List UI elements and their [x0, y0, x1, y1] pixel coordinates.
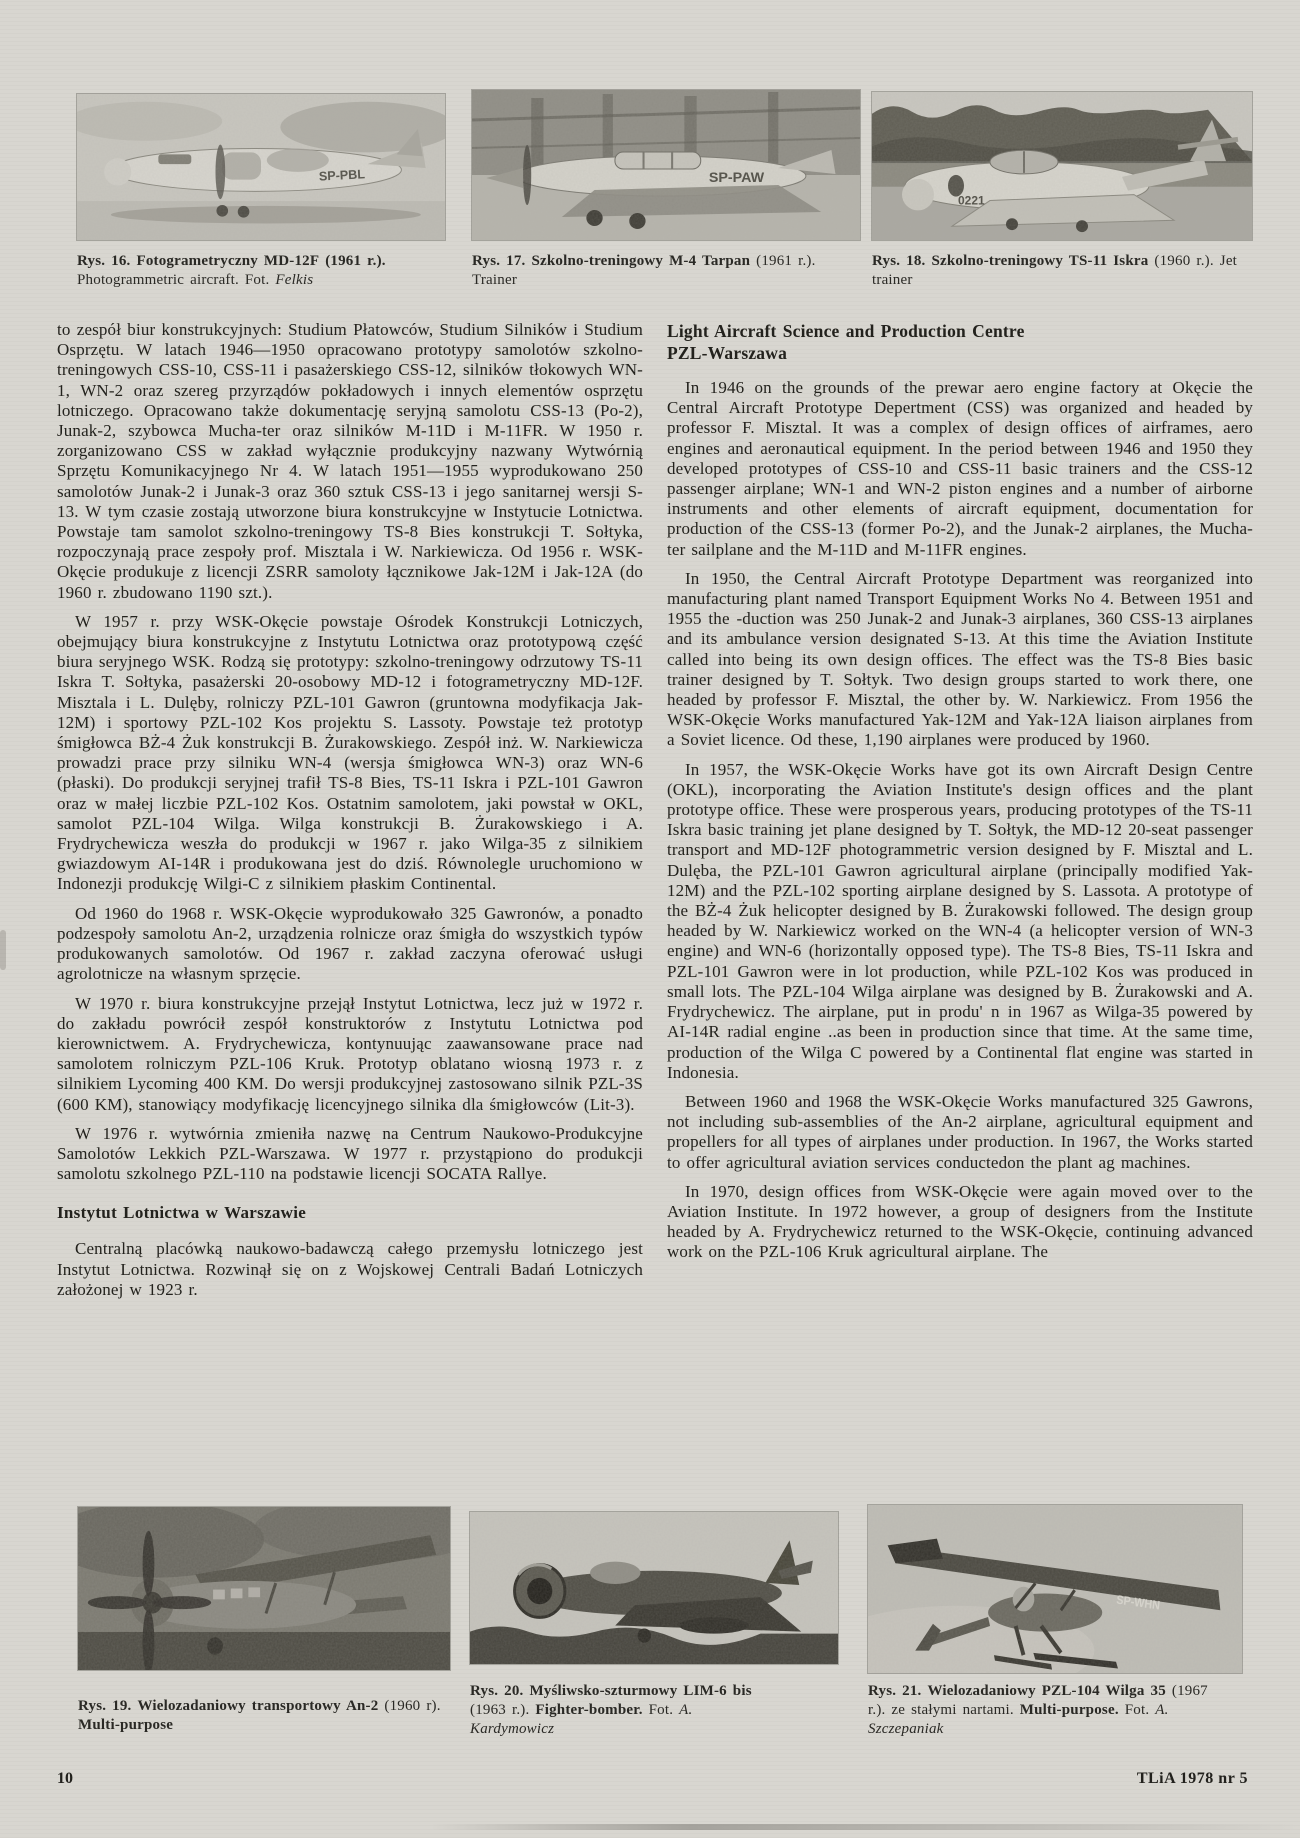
- figure-21-photo: SP-WHN: [868, 1505, 1242, 1673]
- left-text-column: to zespół biur konstrukcyjnych: Studium …: [57, 320, 643, 1309]
- figure-16-label: Rys. 16.: [77, 253, 131, 269]
- left-paragraph-1: to zespół biur konstrukcyjnych: Studium …: [57, 320, 643, 603]
- figure-21-title-en: Multi-purpose.: [1020, 1702, 1119, 1718]
- figure-16-photo: SP-PBL: [77, 94, 445, 240]
- left-paragraph-4: W 1970 r. biura konstrukcyjne przejął In…: [57, 994, 643, 1115]
- right-paragraph-1: In 1946 on the grounds of the prewar aer…: [667, 378, 1253, 560]
- figure-19-title-en: Multi-purpose: [78, 1717, 173, 1733]
- figure-17-title-pl: Szkolno-treningowy M-4 Tarpan: [531, 253, 750, 269]
- right-heading-line-1: Light Aircraft Science and Production Ce…: [667, 320, 1253, 342]
- ts11-iskra-aircraft-illustration: 0221: [872, 92, 1252, 240]
- right-paragraph-3: In 1957, the WSK-Okęcie Works have got i…: [667, 760, 1253, 1083]
- figure-20-title-pl: Myśliwsko-szturmowy LIM-6 bis: [529, 1683, 751, 1699]
- figure-19-label: Rys. 19.: [78, 1698, 132, 1714]
- figure-19-caption: Rys. 19. Wielozadaniowy transportowy An-…: [78, 1697, 460, 1735]
- figure-21-caption: Rys. 21. Wielozadaniowy PZL-104 Wilga 35…: [868, 1682, 1213, 1739]
- figure-16-title-en: Photogrammetric aircraft.: [77, 272, 239, 288]
- m4-tarpan-aircraft-illustration: SP-PAW: [472, 90, 860, 240]
- left-paragraph-3: Od 1960 do 1968 r. WSK-Okęcie wyprodukow…: [57, 904, 643, 985]
- figure-18-caption: Rys. 18. Szkolno-treningowy TS-11 Iskra …: [872, 252, 1252, 290]
- figure-17-year: (1961 r.).: [756, 253, 815, 269]
- right-section-heading: Light Aircraft Science and Production Ce…: [667, 320, 1253, 364]
- figure-17-label: Rys. 17.: [472, 253, 526, 269]
- figure-17-caption: Rys. 17. Szkolno-treningowy M-4 Tarpan (…: [472, 252, 832, 290]
- scan-artifact-edge-smudge: [0, 930, 6, 970]
- left-paragraph-5: W 1976 r. wytwórnia zmieniła nazwę na Ce…: [57, 1124, 643, 1185]
- figure-16-caption: Rys. 16. Fotogrametryczny MD-12F (1961 r…: [77, 252, 459, 290]
- figure-21-credit-label: Fot.: [1125, 1702, 1150, 1718]
- md12f-aircraft-illustration: SP-PBL: [77, 94, 445, 240]
- figure-16-year: (1961 r.).: [325, 253, 386, 269]
- figure-19-year: (1960 r).: [384, 1698, 440, 1714]
- figure-19-title-pl: Wielozadaniowy transportowy An-2: [137, 1698, 378, 1714]
- an2-aircraft-illustration: [78, 1507, 450, 1670]
- figure-19-photo: [78, 1507, 450, 1670]
- right-paragraph-5: In 1970, design offices from WSK-Okęcie …: [667, 1182, 1253, 1263]
- figure-20-credit-label: Fot.: [649, 1702, 674, 1718]
- figure-20-year: (1963 r.).: [470, 1702, 529, 1718]
- left-closing-paragraph: Centralną placówką naukowo-badawczą całe…: [57, 1239, 643, 1300]
- right-paragraph-2: In 1950, the Central Aircraft Prototype …: [667, 569, 1253, 751]
- figure-21-extra: ze stałymi nartami.: [891, 1702, 1013, 1718]
- figure-18-title-pl: Szkolno-treningowy TS-11 Iskra: [931, 253, 1148, 269]
- figure-16-title-pl: Fotogrametryczny MD-12F: [136, 253, 319, 269]
- page-number: 10: [57, 1770, 73, 1788]
- left-section-heading: Instytut Lotnictwa w Warszawie: [57, 1202, 643, 1224]
- magazine-page: { "header_figures": [ { "label": "Rys. 1…: [0, 0, 1300, 1838]
- figure-18-year: (1960 r.).: [1154, 253, 1213, 269]
- figure-18-photo: 0221: [872, 92, 1252, 240]
- right-heading-line-2: PZL-Warszawa: [667, 342, 1253, 364]
- scan-artifact-streak: [430, 1824, 1300, 1830]
- figure-20-label: Rys. 20.: [470, 1683, 524, 1699]
- right-text-column: Light Aircraft Science and Production Ce…: [667, 320, 1253, 1272]
- figure-20-photo: [470, 1512, 838, 1664]
- right-paragraph-4: Between 1960 and 1968 the WSK-Okęcie Wor…: [667, 1092, 1253, 1173]
- figure-21-title-pl: Wielozadaniowy PZL-104 Wilga 35: [927, 1683, 1165, 1699]
- figure-20-title-en: Fighter-bomber.: [535, 1702, 642, 1718]
- figure-16-credit: Felkis: [275, 272, 313, 288]
- figure-17-title-en: Trainer: [472, 272, 517, 288]
- left-paragraph-2: W 1957 r. przy WSK-Okęcie powstaje Ośrod…: [57, 612, 643, 895]
- figure-18-label: Rys. 18.: [872, 253, 926, 269]
- figure-21-label: Rys. 21.: [868, 1683, 922, 1699]
- journal-issue-reference: TLiA 1978 nr 5: [1137, 1770, 1248, 1788]
- figure-16-credit-label: Fot.: [245, 272, 270, 288]
- figure-20-caption: Rys. 20. Myśliwsko-szturmowy LIM-6 bis (…: [470, 1682, 780, 1739]
- figure-17-photo: SP-PAW: [472, 90, 860, 240]
- pzl104-wilga-aircraft-illustration: SP-WHN: [868, 1505, 1242, 1673]
- lim6-aircraft-illustration: [470, 1512, 838, 1664]
